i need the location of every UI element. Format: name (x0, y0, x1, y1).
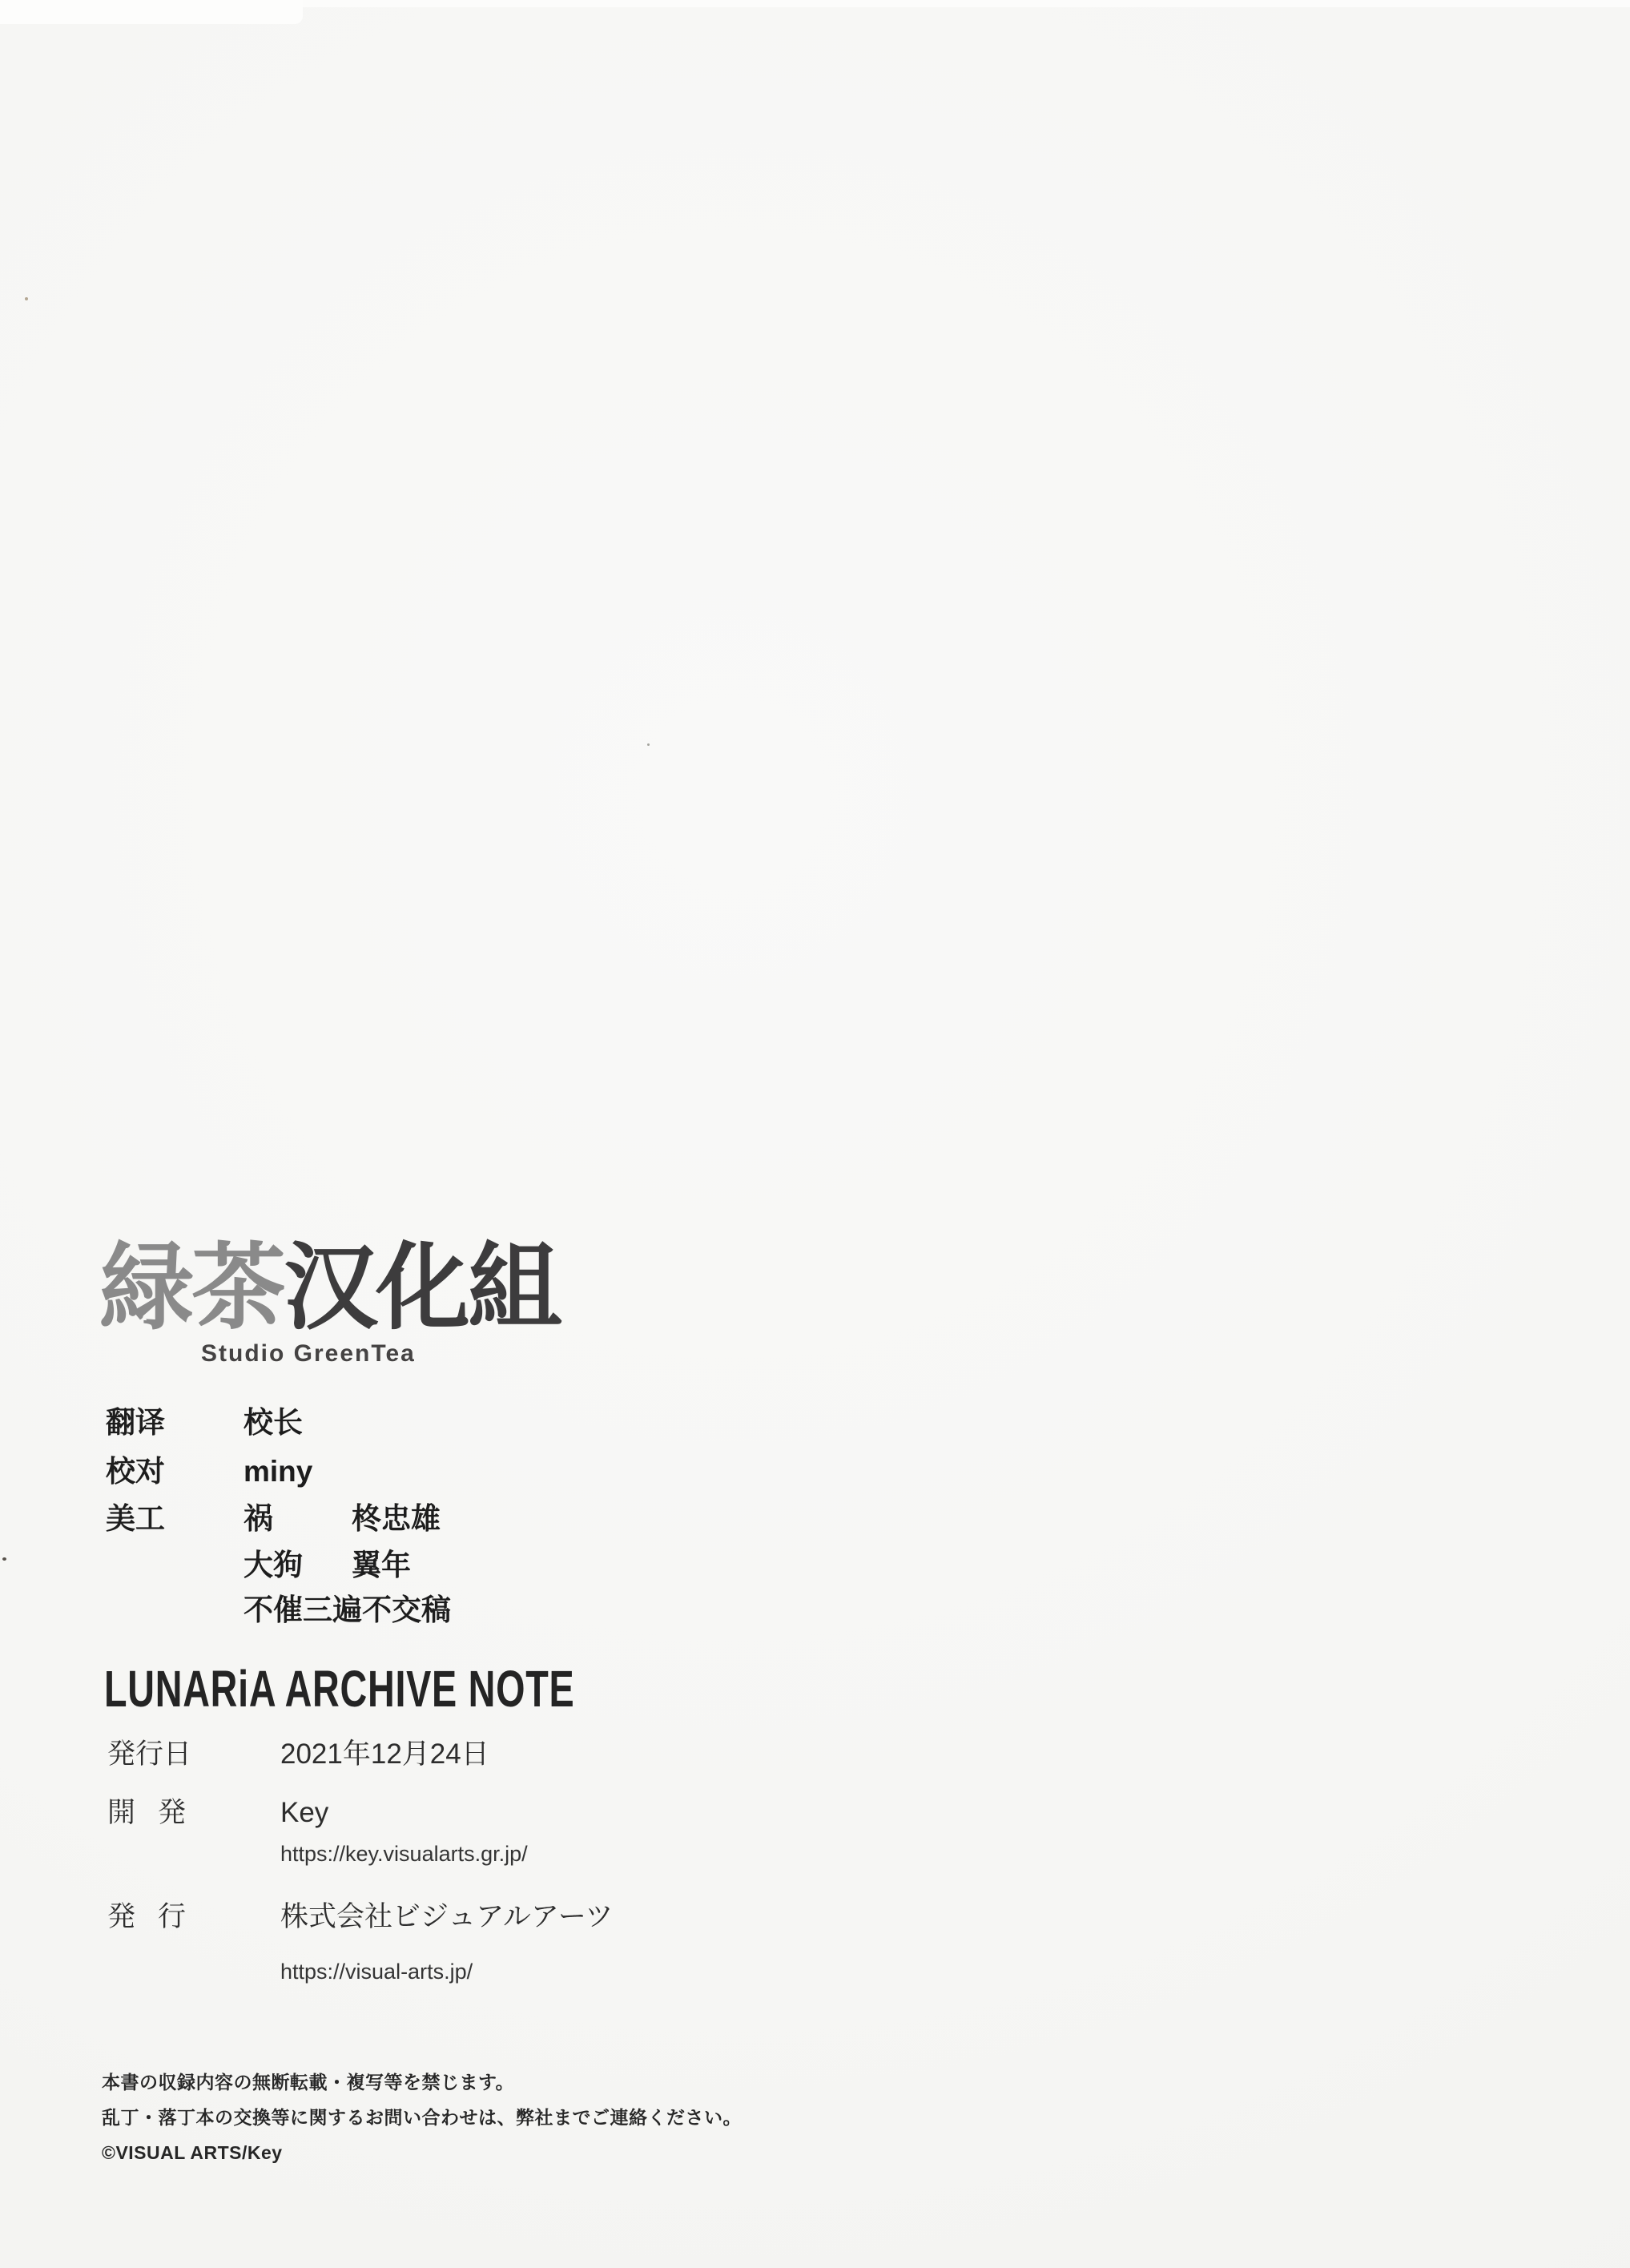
legal-defective-copy-line: 乱丁・落丁本の交換等に関するお問い合わせは、弊社までご連絡ください。 (102, 2109, 742, 2127)
publication-date-label: 発行日 (107, 1740, 191, 1768)
credit-person: 翼年 (352, 1550, 411, 1580)
credit-person: 校长 (243, 1408, 303, 1437)
credit-person: 不催三遍不交稿 (243, 1595, 451, 1625)
publisher-url: https://visual-arts.jp/ (280, 1961, 473, 1983)
scan-top-left-highlight (0, 0, 303, 24)
studio-logo: 緑茶汉化組 (99, 1241, 560, 1335)
studio-logo-subtitle: Studio GreenTea (201, 1342, 416, 1366)
publisher-label: 発行 (107, 1903, 208, 1931)
publisher-value: 株式会社ビジュアルアーツ (280, 1903, 613, 1931)
scanned-colophon-page: { "page": { "paper_color": "#f6f6f4", "i… (0, 0, 1630, 2268)
paper-speck (647, 743, 650, 746)
credit-person: miny (243, 1456, 312, 1486)
developer-value: Key (280, 1799, 328, 1827)
studio-logo-hanhua-kanji: 汉化組 (284, 1235, 560, 1341)
paper-speck (25, 297, 28, 300)
credit-person: 柊忠雄 (352, 1504, 441, 1533)
developer-url: https://key.visualarts.gr.jp/ (280, 1843, 528, 1865)
paper-speck (2, 1557, 6, 1561)
copyright-line: ©VISUAL ARTS/Key (102, 2144, 283, 2162)
credit-role-label: 校对 (106, 1456, 165, 1486)
studio-logo-greentea-kanji: 緑茶 (99, 1235, 284, 1341)
developer-label: 開発 (107, 1799, 208, 1827)
credit-role-label: 美工 (106, 1504, 165, 1533)
credit-person: 祸 (243, 1504, 273, 1533)
publication-date-value: 2021年12月24日 (280, 1740, 489, 1768)
credit-role-label: 翻译 (106, 1408, 165, 1437)
legal-no-reproduction-line: 本書の収録内容の無断転載・複写等を禁じます。 (102, 2073, 514, 2092)
credit-person: 大狗 (243, 1550, 303, 1580)
book-title: LUNARiA ARCHIVE NOTE (104, 1663, 574, 1714)
